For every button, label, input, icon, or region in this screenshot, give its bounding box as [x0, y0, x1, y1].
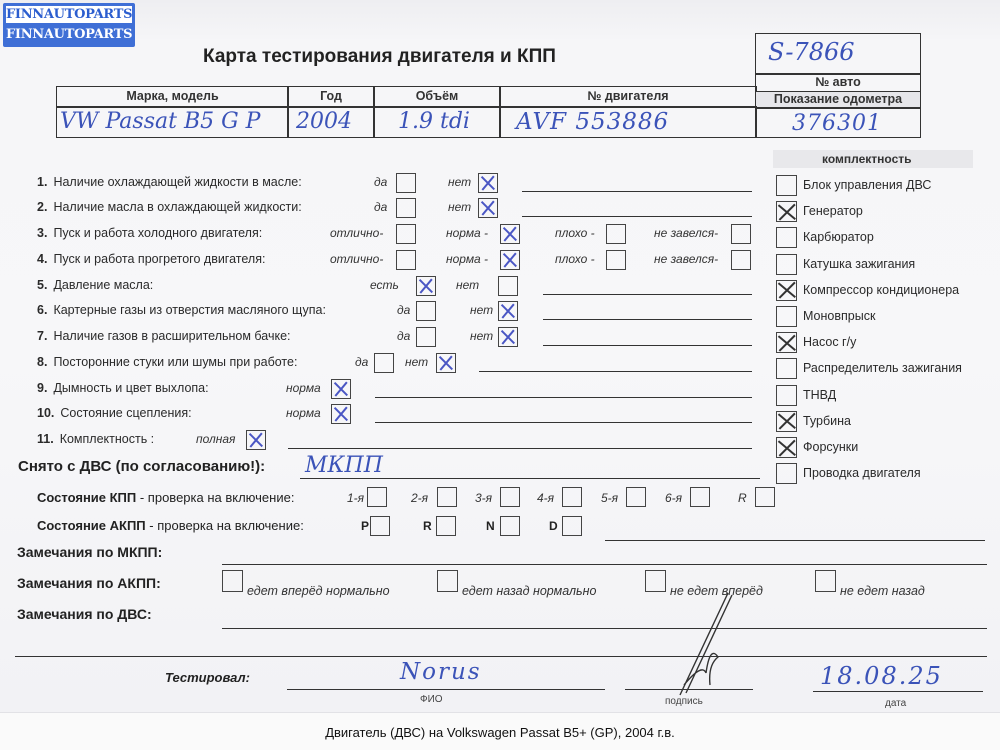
signature-mark [640, 585, 760, 710]
check-row-label: 4.Пуск и работа прогретого двигателя: [37, 252, 265, 266]
check-option-checkbox[interactable] [246, 430, 266, 450]
check-row-notes-line[interactable] [522, 216, 752, 217]
remarks-engine-line-1[interactable] [222, 628, 987, 629]
completeness-checkbox[interactable] [776, 411, 797, 432]
check-row-number: 10. [37, 406, 54, 420]
completeness-checkbox[interactable] [776, 437, 797, 458]
auto-remark-checkbox[interactable] [222, 570, 243, 592]
check-row-number: 1. [37, 175, 47, 189]
date-line [813, 691, 983, 692]
auto-gear-checkbox[interactable] [500, 516, 520, 536]
completeness-checkbox[interactable] [776, 254, 797, 275]
check-row-number: 5. [37, 278, 47, 292]
manual-gear-label: 5-я [601, 491, 618, 505]
check-option-checkbox[interactable] [396, 250, 416, 270]
page-title: Карта тестирования двигателя и КПП [203, 46, 556, 68]
caption-band: Двигатель (ДВС) на Volkswagen Passat B5+… [0, 712, 1000, 750]
col-year: Год [288, 87, 374, 106]
check-row-label: 1.Наличие охлаждающей жидкости в масле: [37, 175, 302, 189]
check-option-label: не завелся- [654, 226, 718, 240]
check-option-label: норма - [446, 252, 488, 266]
auto-remark-checkbox[interactable] [815, 570, 836, 592]
check-row-text: Комплектность : [60, 432, 154, 446]
check-option-checkbox[interactable] [500, 250, 520, 270]
check-option-label: да [397, 329, 410, 343]
auto-gear-checkbox[interactable] [562, 516, 582, 536]
check-row-notes-line[interactable] [543, 294, 752, 295]
check-row-number: 4. [37, 252, 47, 266]
check-option-checkbox[interactable] [416, 276, 436, 296]
check-option-label: да [397, 303, 410, 317]
auto-gear-checkbox[interactable] [436, 516, 456, 536]
manual-gear-label: R [738, 491, 747, 505]
check-option-checkbox[interactable] [498, 276, 518, 296]
manual-gear-checkbox[interactable] [562, 487, 582, 507]
remarks-manual-label: Замечания по МКПП: [17, 544, 162, 560]
volume-value: 1.9 tdi [398, 109, 470, 134]
completeness-checkbox[interactable] [776, 332, 797, 353]
check-option-checkbox[interactable] [331, 404, 351, 424]
check-row-label: 6.Картерные газы из отверстия масляного … [37, 303, 326, 317]
check-row-number: 3. [37, 226, 47, 240]
check-option-checkbox[interactable] [374, 353, 394, 373]
removed-value: МКПП [305, 453, 383, 478]
tester-name-value: Norus [400, 659, 482, 685]
check-option-checkbox[interactable] [436, 353, 456, 373]
completeness-item-label: Насос г/у [803, 335, 856, 349]
auto-remark-label: не едет назад [840, 584, 925, 598]
check-row-label: 9.Дымность и цвет выхлопа: [37, 381, 209, 395]
header-engine-number: № двигателя [499, 86, 757, 108]
completeness-heading: комплектность [822, 152, 912, 166]
check-option-label: отлично- [330, 252, 383, 266]
completeness-checkbox[interactable] [776, 227, 797, 248]
auto-gear-label: D [549, 519, 558, 533]
check-option-checkbox[interactable] [498, 301, 518, 321]
check-option-checkbox[interactable] [416, 301, 436, 321]
check-option-checkbox[interactable] [731, 224, 751, 244]
check-option-label: есть [370, 278, 399, 292]
auto-remark-label: едет вперёд нормально [247, 584, 390, 598]
check-option-checkbox[interactable] [606, 224, 626, 244]
manual-gearbox-label-bold: Состояние КПП [37, 490, 136, 505]
check-option-label: плохо - [555, 252, 595, 266]
check-option-checkbox[interactable] [500, 224, 520, 244]
check-row-notes-line[interactable] [375, 397, 752, 398]
completeness-checkbox[interactable] [776, 175, 797, 196]
check-row-text: Наличие охлаждающей жидкости в масле: [53, 175, 301, 189]
check-row-text: Давление масла: [53, 278, 153, 292]
check-option-checkbox[interactable] [731, 250, 751, 270]
manual-gear-checkbox[interactable] [367, 487, 387, 507]
auto-gearbox-label-rest: - проверка на включение: [146, 518, 304, 533]
tester-name-line [287, 689, 605, 690]
signature-line [625, 689, 753, 690]
completeness-checkbox[interactable] [776, 385, 797, 406]
auto-remark-checkbox[interactable] [645, 570, 666, 592]
check-row-text: Состояние сцепления: [60, 406, 191, 420]
check-row-text: Дымность и цвет выхлопа: [53, 381, 208, 395]
make-model-field: VW Passat B5 G P [56, 106, 289, 138]
check-row-text: Пуск и работа холодного двигателя: [53, 226, 262, 240]
check-option-label: плохо - [555, 226, 595, 240]
col-engine-number: № двигателя [500, 87, 756, 106]
check-row-text: Пуск и работа прогретого двигателя: [53, 252, 265, 266]
test-card-paper: FINNAUTOPARTS FINNAUTOPARTS Карта тестир… [0, 0, 1000, 712]
completeness-item-label: Проводка двигателя [803, 466, 921, 480]
make-model-value: VW Passat B5 G P [60, 109, 260, 134]
auto-gear-label: P [361, 519, 369, 533]
check-option-label: да [355, 355, 368, 369]
volume-field: 1.9 tdi [373, 106, 501, 138]
check-row-number: 11. [37, 432, 54, 446]
manual-gear-checkbox[interactable] [690, 487, 710, 507]
completeness-item-label: Форсунки [803, 440, 858, 454]
finnautoparts-logo: FINNAUTOPARTS FINNAUTOPARTS [3, 3, 135, 47]
check-option-label: нет [405, 355, 428, 369]
manual-gear-checkbox[interactable] [755, 487, 775, 507]
check-option-label: нет [470, 329, 493, 343]
remarks-manual-line[interactable] [222, 564, 987, 565]
check-row-label: 7.Наличие газов в расширительном бачке: [37, 329, 291, 343]
check-option-checkbox[interactable] [498, 327, 518, 347]
check-option-checkbox[interactable] [478, 198, 498, 218]
tester-name-caption: ФИО [420, 694, 443, 705]
manual-gear-label: 4-я [537, 491, 554, 505]
header-volume: Объём [373, 86, 501, 108]
check-row-text: Посторонние стуки или шумы при работе: [53, 355, 297, 369]
check-row-number: 6. [37, 303, 47, 317]
check-option-label: отлично- [330, 226, 383, 240]
check-row-text: Наличие газов в расширительном бачке: [53, 329, 290, 343]
check-row-label: 10.Состояние сцепления: [37, 406, 192, 420]
removed-underline [300, 478, 760, 479]
completeness-checkbox[interactable] [776, 201, 797, 222]
check-row-label: 2.Наличие масла в охлаждающей жидкости: [37, 200, 302, 214]
check-row-number: 9. [37, 381, 47, 395]
check-row-notes-line[interactable] [375, 422, 752, 423]
auto-gearbox-underline [605, 540, 985, 541]
auto-gear-checkbox[interactable] [370, 516, 390, 536]
car-number-field: S-7866 [755, 33, 921, 75]
check-option-checkbox[interactable] [396, 198, 416, 218]
year-value: 2004 [296, 109, 352, 134]
check-row-notes-line[interactable] [543, 319, 752, 320]
engine-number-field: AVF 553886 [499, 106, 757, 138]
completeness-checkbox[interactable] [776, 358, 797, 379]
odometer-field: 376301 [755, 107, 921, 138]
engine-number-value: AVF 553886 [516, 109, 669, 135]
check-option-label: нет [456, 278, 479, 292]
check-row-number: 2. [37, 200, 47, 214]
col-volume: Объём [374, 87, 500, 106]
check-option-checkbox[interactable] [416, 327, 436, 347]
check-option-checkbox[interactable] [606, 250, 626, 270]
completeness-item-label: Турбина [803, 414, 851, 428]
manual-gear-checkbox[interactable] [437, 487, 457, 507]
car-number-label-cell: № авто [755, 73, 921, 93]
header-make-model: Марка, модель [56, 86, 289, 108]
car-number-value: S-7866 [768, 38, 855, 66]
check-option-label: нет [470, 303, 493, 317]
auto-remark-label: не едет вперёд [670, 584, 763, 598]
date-caption: дата [885, 698, 906, 709]
completeness-checkbox[interactable] [776, 463, 797, 484]
check-option-label: нет [448, 200, 471, 214]
remarks-engine-line-2[interactable] [15, 656, 987, 657]
remarks-auto-label: Замечания по АКПП: [17, 575, 161, 591]
check-row-label: 11.Комплектность : [37, 432, 154, 446]
manual-gear-checkbox[interactable] [500, 487, 520, 507]
manual-gear-label: 1-я [347, 491, 364, 505]
completeness-item-label: Генератор [803, 204, 863, 218]
check-option-checkbox[interactable] [478, 173, 498, 193]
check-option-label: нет [448, 175, 471, 189]
check-option-label: не завелся- [654, 252, 718, 266]
check-option-checkbox[interactable] [396, 224, 416, 244]
manual-gearbox-label: Состояние КПП - проверка на включение: [37, 490, 294, 505]
header-year: Год [287, 86, 375, 108]
col-odometer: Показание одометра [756, 92, 920, 107]
check-option-label: норма [286, 406, 321, 420]
check-row-label: 5.Давление масла: [37, 278, 153, 292]
check-option-checkbox[interactable] [331, 379, 351, 399]
completeness-item-label: Карбюратор [803, 230, 874, 244]
date-value: 18.08.25 [820, 662, 943, 690]
check-option-label: да [374, 175, 387, 189]
logo-line-2: FINNAUTOPARTS [6, 26, 132, 43]
odometer-value: 376301 [792, 111, 882, 136]
signature-caption: подпись [665, 696, 703, 707]
auto-gearbox-label-bold: Состояние АКПП [37, 518, 146, 533]
car-number-label: № авто [756, 74, 920, 91]
removed-label: Снято с ДВС (по согласованию!): [18, 458, 265, 475]
check-row-notes-line[interactable] [479, 371, 752, 372]
completeness-item-label: Моновпрыск [803, 309, 875, 323]
auto-remark-label: едет назад нормально [462, 584, 596, 598]
auto-remark-checkbox[interactable] [437, 570, 458, 592]
auto-gear-label: R [423, 519, 432, 533]
check-row-text: Наличие масла в охлаждающей жидкости: [53, 200, 301, 214]
check-row-number: 7. [37, 329, 47, 343]
check-option-checkbox[interactable] [396, 173, 416, 193]
tested-by-label: Тестировал: [165, 670, 250, 685]
check-option-label: да [374, 200, 387, 214]
auto-gear-label: N [486, 519, 495, 533]
check-row-label: 8.Посторонние стуки или шумы при работе: [37, 355, 297, 369]
col-make-model: Марка, модель [57, 87, 288, 106]
check-row-number: 8. [37, 355, 47, 369]
completeness-item-label: ТНВД [803, 388, 836, 402]
check-row-label: 3.Пуск и работа холодного двигателя: [37, 226, 262, 240]
check-row-notes-line[interactable] [543, 345, 752, 346]
check-option-label: норма [286, 381, 321, 395]
completeness-item-label: Компрессор кондиционера [803, 283, 959, 297]
manual-gear-label: 2-я [411, 491, 428, 505]
check-row-notes-line[interactable] [288, 448, 752, 449]
completeness-item-label: Блок управления ДВС [803, 178, 931, 192]
year-field: 2004 [287, 106, 375, 138]
check-option-label: полная [196, 432, 235, 446]
manual-gear-label: 6-я [665, 491, 682, 505]
image-caption: Двигатель (ДВС) на Volkswagen Passat B5+… [0, 725, 1000, 740]
completeness-checkbox[interactable] [776, 306, 797, 327]
remarks-engine-label: Замечания по ДВС: [17, 606, 152, 622]
completeness-item-label: Распределитель зажигания [803, 361, 962, 375]
auto-gearbox-label: Состояние АКПП - проверка на включение: [37, 518, 304, 533]
check-row-notes-line[interactable] [522, 191, 752, 192]
logo-line-1: FINNAUTOPARTS [6, 6, 132, 23]
completeness-checkbox[interactable] [776, 280, 797, 301]
completeness-item-label: Катушка зажигания [803, 257, 915, 271]
check-row-text: Картерные газы из отверстия масляного щу… [53, 303, 325, 317]
check-option-label: норма - [446, 226, 488, 240]
manual-gear-checkbox[interactable] [626, 487, 646, 507]
manual-gear-label: 3-я [475, 491, 492, 505]
manual-gearbox-label-rest: - проверка на включение: [136, 490, 294, 505]
